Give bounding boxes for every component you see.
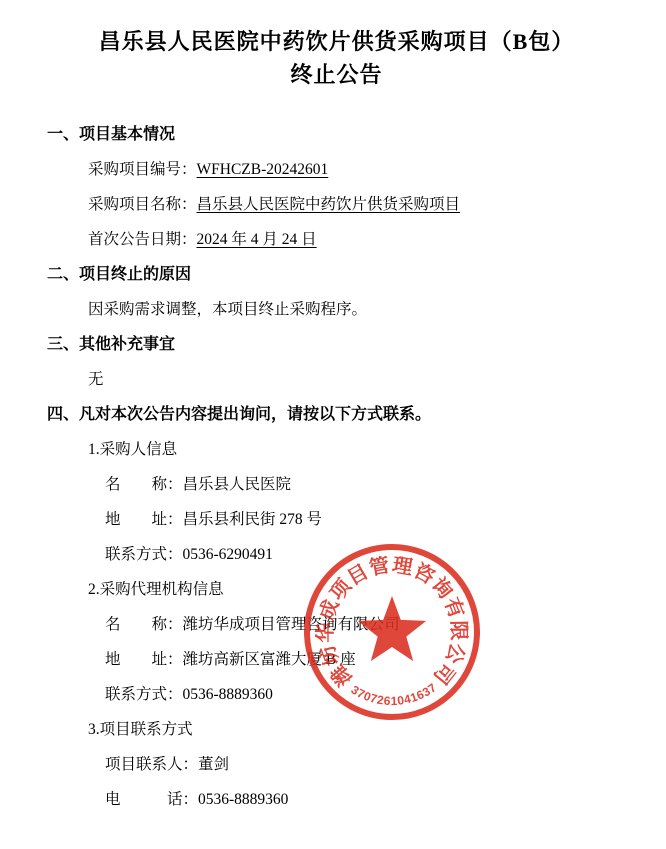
purchaser-contact-label: 联系方式：	[105, 546, 183, 563]
section-4-heading: 四、凡对本次公告内容提出询问，请按以下方式联系。	[47, 397, 626, 432]
purchaser-name-line: 名 称：昌乐县人民医院	[105, 467, 626, 502]
purchaser-name-label: 名 称：	[105, 476, 183, 493]
agency-name-value: 潍坊华成项目管理咨询有限公司	[183, 616, 400, 633]
purchaser-address-value: 昌乐县利民街 278 号	[183, 511, 323, 528]
project-number-label: 采购项目编号：	[88, 161, 197, 178]
project-contact-title: 3.项目联系方式	[88, 712, 626, 747]
purchaser-address-line: 地 址：昌乐县利民街 278 号	[105, 502, 626, 537]
agency-name-label: 名 称：	[105, 616, 183, 633]
project-number-line: 采购项目编号：WFHCZB-20242601	[88, 152, 626, 187]
agency-contact-line: 联系方式：0536-8889360	[105, 677, 626, 712]
document-page: 昌乐县人民医院中药饮片供货采购项目（B包） 终止公告 一、项目基本情况 采购项目…	[0, 0, 666, 849]
document-title: 昌乐县人民医院中药饮片供货采购项目（B包） 终止公告	[47, 25, 626, 91]
contact-phone-value: 0536-8889360	[198, 791, 288, 808]
document-title-line2: 终止公告	[47, 58, 626, 91]
section-3-heading: 三、其他补充事宜	[47, 327, 626, 362]
first-notice-date-label: 首次公告日期：	[88, 231, 197, 248]
document-body: 一、项目基本情况 采购项目编号：WFHCZB-20242601 采购项目名称：昌…	[47, 117, 626, 817]
project-name-line: 采购项目名称：昌乐县人民医院中药饮片供货采购项目	[88, 187, 626, 222]
first-notice-date-value: 2024 年 4 月 24 日	[197, 231, 317, 248]
contact-person-line: 项目联系人：董剑	[105, 747, 626, 782]
agency-address-line: 地 址：潍坊高新区富潍大厦 B 座	[105, 642, 626, 677]
contact-person-value: 董剑	[198, 756, 229, 773]
agency-address-value: 潍坊高新区富潍大厦 B 座	[183, 651, 356, 668]
purchaser-address-label: 地 址：	[105, 511, 183, 528]
document-title-line1: 昌乐县人民医院中药饮片供货采购项目（B包）	[47, 25, 626, 58]
agency-address-label: 地 址：	[105, 651, 183, 668]
purchaser-contact-line: 联系方式：0536-6290491	[105, 537, 626, 572]
project-name-label: 采购项目名称：	[88, 196, 197, 213]
termination-reason-text: 因采购需求调整，本项目终止采购程序。	[88, 292, 626, 327]
agency-contact-label: 联系方式：	[105, 686, 183, 703]
agency-contact-value: 0536-8889360	[183, 686, 273, 703]
purchaser-name-value: 昌乐县人民医院	[183, 476, 292, 493]
purchaser-contact-value: 0536-6290491	[183, 546, 273, 563]
purchaser-info-title: 1.采购人信息	[88, 432, 626, 467]
first-notice-date-line: 首次公告日期：2024 年 4 月 24 日	[88, 222, 626, 257]
project-number-value: WFHCZB-20242601	[197, 161, 329, 178]
contact-phone-label: 电 话：	[105, 791, 198, 808]
supplementary-text: 无	[88, 362, 626, 397]
agency-info-title: 2.采购代理机构信息	[88, 572, 626, 607]
section-1-heading: 一、项目基本情况	[47, 117, 626, 152]
contact-person-label: 项目联系人：	[105, 756, 198, 773]
contact-phone-line: 电 话：0536-8889360	[105, 782, 626, 817]
agency-name-line: 名 称：潍坊华成项目管理咨询有限公司	[105, 607, 626, 642]
section-2-heading: 二、项目终止的原因	[47, 257, 626, 292]
project-name-value: 昌乐县人民医院中药饮片供货采购项目	[197, 196, 461, 213]
